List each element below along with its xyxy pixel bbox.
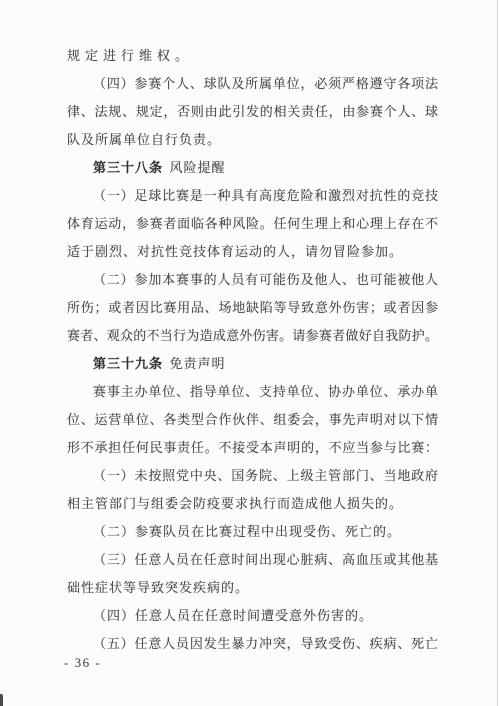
scan-corner-artifact bbox=[0, 694, 3, 706]
text-line: 础性症状等导致突发疾病的。 bbox=[67, 574, 438, 602]
article-title: 免责声明 bbox=[170, 356, 226, 371]
text-line: （一）未按照党中央、国务院、上级主管部门、当地政府 bbox=[67, 462, 438, 490]
text-line: 律、法规、规定，否则由此引发的相关责任，由参赛个人、球 bbox=[67, 98, 438, 126]
text-line: 赛者、观众的不当行为造成意外伤害。请参赛者做好自我防护。 bbox=[67, 322, 438, 350]
text-line: （二）参加本赛事的人员有可能伤及他人、也可能被他人 bbox=[67, 266, 438, 294]
text-line: 体育运动，参赛者面临各种风险。任何生理上和心理上存在不 bbox=[67, 210, 438, 238]
document-page: 规定进行维权。（四）参赛个人、球队及所属单位，必须严格遵守各项法律、法规、规定，… bbox=[0, 0, 500, 706]
text-line: 队及所属单位自行负责。 bbox=[67, 126, 438, 154]
text-line: （二）参赛队员在比赛过程中出现受伤、死亡的。 bbox=[67, 518, 438, 546]
text-line: 相主管部门与组委会防疫要求执行而造成他人损失的。 bbox=[67, 490, 438, 518]
article-number: 第三十八条 bbox=[93, 160, 163, 175]
text-line: 位、运营单位、各类型合作伙伴、组委会，事先声明对以下情 bbox=[67, 406, 438, 434]
text-line: （四）任意人员在任意时间遭受意外伤害的。 bbox=[67, 602, 438, 630]
text-line: 赛事主办单位、指导单位、支持单位、协办单位、承办单 bbox=[67, 378, 438, 406]
article-heading: 第三十八条风险提醒 bbox=[67, 154, 438, 182]
text-line: （一）足球比赛是一种具有高度危险和激烈对抗性的竞技 bbox=[67, 182, 438, 210]
page-number: - 36 - bbox=[64, 655, 101, 671]
text-line: （四）参赛个人、球队及所属单位，必须严格遵守各项法 bbox=[67, 70, 438, 98]
text-line: 形不承担任何民事责任。不接受本声明的，不应当参与比赛： bbox=[67, 434, 438, 462]
article-heading: 第三十九条免责声明 bbox=[67, 350, 438, 378]
article-title: 风险提醒 bbox=[170, 160, 226, 175]
text-line: 规定进行维权。 bbox=[67, 42, 438, 70]
text-line: 所伤；或者因比赛用品、场地缺陷等导致意外伤害；或者因参 bbox=[67, 294, 438, 322]
article-number: 第三十九条 bbox=[93, 356, 163, 371]
document-body: 规定进行维权。（四）参赛个人、球队及所属单位，必须严格遵守各项法律、法规、规定，… bbox=[67, 42, 438, 658]
text-line: （三）任意人员在任意时间出现心脏病、高血压或其他基 bbox=[67, 546, 438, 574]
text-line: 适于剧烈、对抗性竞技体育运动的人，请勿冒险参加。 bbox=[67, 238, 438, 266]
text-line: （五）任意人员因发生暴力冲突，导致受伤、疾病、死亡 bbox=[67, 630, 438, 658]
scan-edge-line bbox=[497, 0, 498, 706]
